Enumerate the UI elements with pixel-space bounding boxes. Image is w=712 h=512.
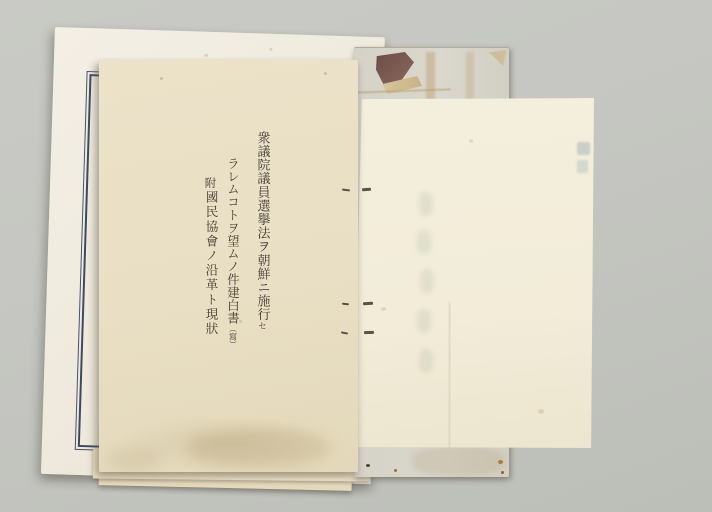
title-cover: 衆議院議員選擧法ヲ朝鮮ニ施行セ ラレムコトヲ望ムノ件建白書（寫） 附國民協會ノ沿… <box>99 60 358 472</box>
bleed-through <box>419 192 433 216</box>
bleed-through <box>419 349 433 373</box>
foxing-spot <box>381 307 386 311</box>
bleed-through <box>417 309 431 333</box>
title-column-3: 附國民協會ノ沿革ト現狀 <box>202 177 221 337</box>
folded-corner <box>489 50 507 67</box>
stain-blotch <box>107 448 162 470</box>
stitch-mark <box>364 331 374 334</box>
foxing-spot <box>469 139 473 143</box>
stain-blotch <box>187 428 332 468</box>
stain-streak <box>426 52 435 100</box>
folded-document <box>353 97 594 448</box>
title-text: ラレムコトヲ望ムノ件建白書 <box>226 157 241 325</box>
rust-spot <box>501 471 504 474</box>
bleed-through <box>417 230 431 254</box>
title-text: 衆議院議員選擧法ヲ朝鮮ニ施行 <box>255 131 270 321</box>
stain-blotch <box>412 446 504 476</box>
rust-spot <box>394 469 397 472</box>
foxing-spot <box>538 409 544 414</box>
title-text-prefix: 附 <box>204 177 218 191</box>
dark-speck <box>366 464 370 467</box>
title-text-small: セ <box>257 321 267 330</box>
title-text-annotation: （寫） <box>229 325 238 349</box>
crease-line <box>356 88 451 93</box>
foxing-spot <box>269 48 272 51</box>
stitch-mark <box>363 302 373 306</box>
title-text: 國民協會ノ沿革ト現狀 <box>204 191 219 337</box>
foxing-spot <box>160 77 163 80</box>
photograph-of-documents: 衆議院議員選擧法ヲ朝鮮ニ施行セ ラレムコトヲ望ムノ件建白書（寫） 附國民協會ノ沿… <box>0 0 712 512</box>
rust-spot <box>498 460 503 464</box>
foxing-spot <box>204 54 208 57</box>
stain-streak <box>466 52 474 101</box>
fold-crease <box>449 302 451 448</box>
title-column-1: 衆議院議員選擧法ヲ朝鮮ニ施行セ <box>253 131 272 330</box>
ink-bleed-mark <box>577 160 588 173</box>
foxing-spot <box>324 72 327 75</box>
ink-bleed-mark <box>577 142 590 155</box>
bleed-through <box>420 269 434 293</box>
foxing-spot <box>239 320 242 323</box>
